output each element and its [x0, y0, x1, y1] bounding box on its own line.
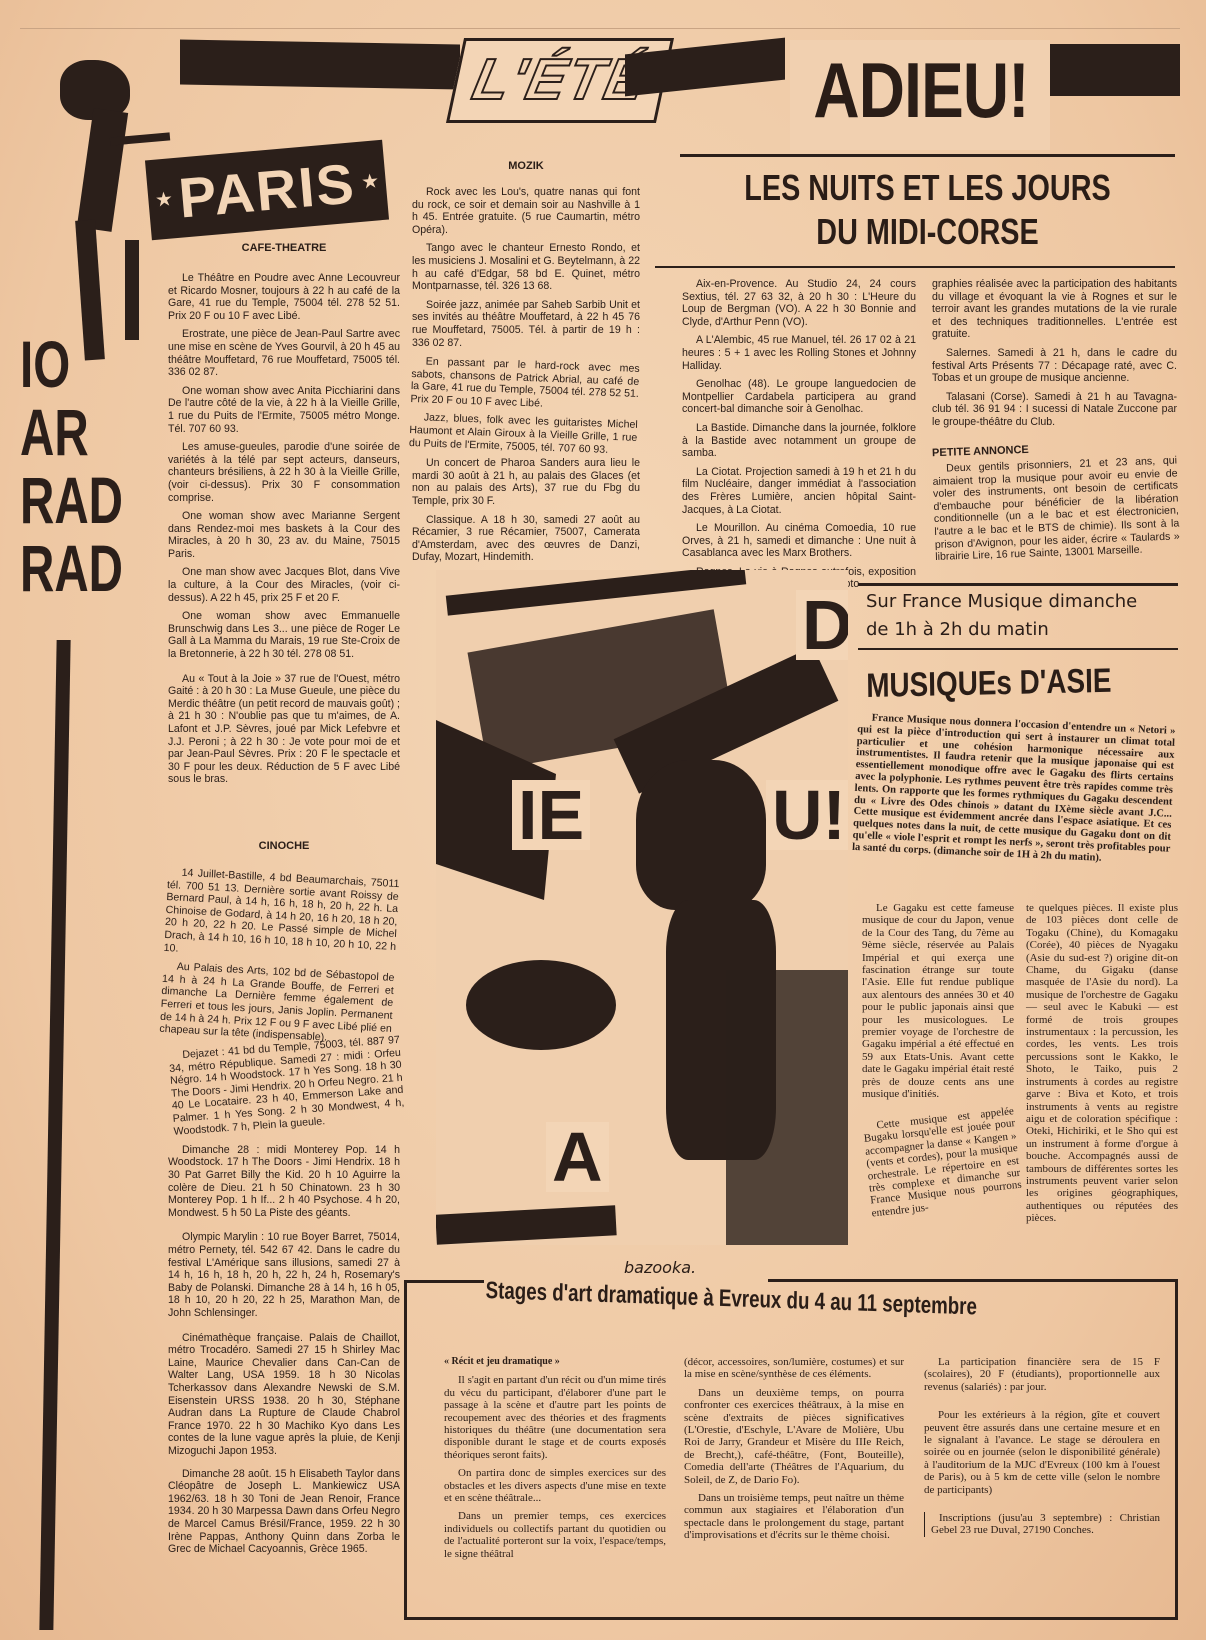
adieu-box: ADIEU! — [790, 40, 1050, 150]
bazooka-signature: bazooka. — [624, 1258, 696, 1277]
france-musique-rule-bottom — [858, 648, 1178, 650]
cinoche-column: CINOCHE 14 Juillet-Bastille, 4 bd Beauma… — [168, 830, 400, 1562]
collage-letters-ie: IE — [512, 780, 590, 850]
collage-letter-a: A — [546, 1122, 609, 1192]
paris-label: PARIS — [170, 149, 364, 230]
banner-bar-left — [180, 40, 460, 90]
cafe-theatre-column: CAFE-THEATRE Le Théâtre en Poudre avec A… — [168, 232, 400, 792]
stages-column-1: « Récit et jeu dramatique » Il s'agit en… — [444, 1356, 666, 1566]
musiques-dasie-title: MUSIQUEs D'ASIE — [866, 661, 1112, 706]
section-heading-cafe-theatre: CAFE-THEATRE — [168, 242, 400, 254]
section-heading-cinoche: CINOCHE — [168, 840, 400, 852]
france-musique-rule-top — [858, 583, 1178, 586]
collage-letter-d: D — [796, 590, 848, 660]
top-rule — [20, 28, 1180, 29]
musiques-dasie-lead: France Musique nous donnera l'occasion d… — [852, 712, 1176, 873]
star-icon: ★ — [154, 186, 174, 212]
stages-box-top-left — [404, 1280, 484, 1283]
collage-letters-u: U! — [766, 780, 848, 850]
france-musique-schedule: Sur France Musique dimanche de 1h à 2h d… — [866, 588, 1178, 644]
midi-corse-top-rule — [680, 154, 1175, 157]
bazooka-collage-illustration: D IE U! A — [436, 570, 848, 1245]
midi-corse-column-1: Aix-en-Provence. Au Studio 24, 24 cours … — [682, 278, 916, 597]
midi-corse-column-2: graphies réalisée avec la participation … — [932, 278, 1177, 569]
motorcyclist-illustration — [30, 50, 160, 370]
left-vertical-bar — [39, 640, 70, 1630]
gagaku-column-2: te quelques pièces. Il existe plus de 10… — [1026, 902, 1178, 1231]
gagaku-column-1: Le Gagaku est cette fameuse musique de c… — [862, 902, 1014, 1226]
section-heading-mozik: MOZIK — [412, 160, 640, 172]
mozik-column: MOZIK Rock avec les Lou's, quatre nanas … — [412, 150, 640, 570]
adieu-title: ADIEU! — [813, 40, 1026, 140]
stages-column-3: La participation financière sera de 15 F… — [924, 1356, 1160, 1543]
newspaper-page: L'ÉTÉ ADIEU! IO AR RAD RAD ★ PARIS ★ CAF… — [0, 0, 1206, 1640]
inscriptions-contact: Inscriptions (jusu'au 3 septembre) : Chr… — [931, 1512, 1160, 1537]
star-icon: ★ — [360, 168, 380, 194]
stages-column-2: (décor, accessoires, son/lumière, costum… — [684, 1356, 904, 1548]
side-graffiti-text: IO AR RAD RAD — [20, 330, 128, 630]
stages-box-top-right — [768, 1279, 1178, 1282]
paris-label-box: ★ PARIS ★ — [145, 140, 389, 240]
midi-corse-heading: LES NUITS ET LES JOURS DU MIDI-CORSE — [680, 166, 1175, 254]
stages-subhead: « Récit et jeu dramatique » — [444, 1356, 666, 1368]
midi-corse-bottom-rule — [655, 266, 1175, 268]
